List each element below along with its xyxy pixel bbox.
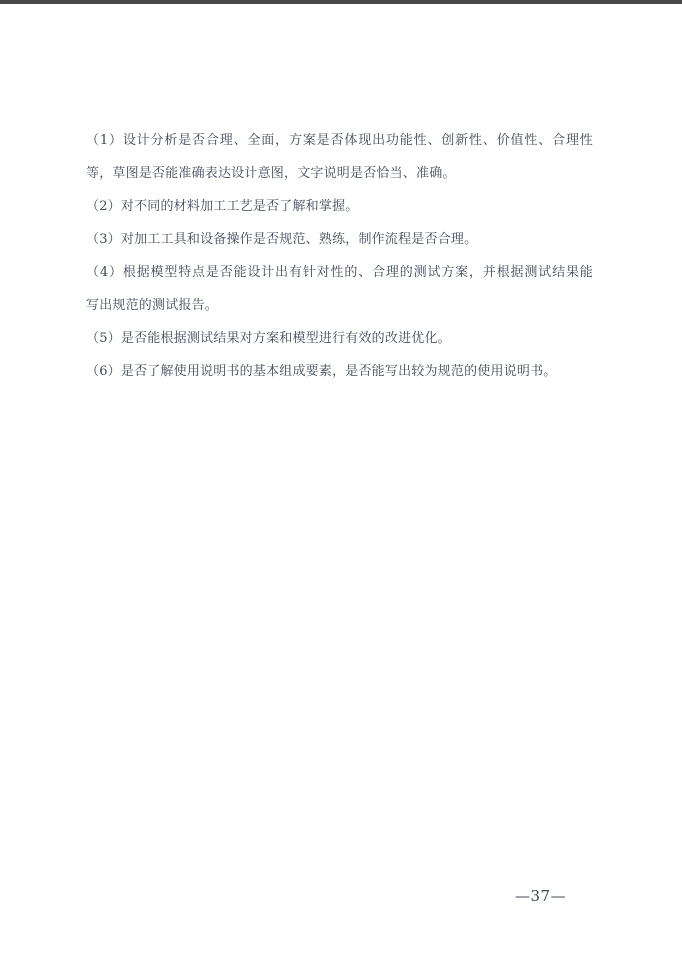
text-line-item1-part1: （1）设计分析是否合理、全面，方案是否体现出功能性、创新性、价值性、合理性 — [86, 124, 593, 157]
text-line-item5: （5）是否能根据测试结果对方案和模型进行有效的改进优化。 — [86, 322, 593, 355]
text-line-item3: （3）对加工工具和设备操作是否规范、熟练，制作流程是否合理。 — [86, 223, 593, 256]
text-line-item2: （2）对不同的材料加工工艺是否了解和掌握。 — [86, 190, 593, 223]
text-line-item6: （6）是否了解使用说明书的基本组成要素，是否能写出较为规范的使用说明书。 — [86, 355, 593, 388]
page-number: —37— — [515, 887, 566, 905]
evaluation-criteria-list: （1）设计分析是否合理、全面，方案是否体现出功能性、创新性、价值性、合理性 等，… — [86, 124, 593, 388]
scan-edge-bar — [0, 0, 682, 4]
document-page: （1）设计分析是否合理、全面，方案是否体现出功能性、创新性、价值性、合理性 等，… — [0, 0, 682, 964]
text-line-item4-part2: 写出规范的测试报告。 — [86, 289, 593, 322]
text-line-item1-part2: 等，草图是否能准确表达设计意图，文字说明是否恰当、准确。 — [86, 157, 593, 190]
text-line-item4-part1: （4）根据模型特点是否能设计出有针对性的、合理的测试方案，并根据测试结果能 — [86, 256, 593, 289]
